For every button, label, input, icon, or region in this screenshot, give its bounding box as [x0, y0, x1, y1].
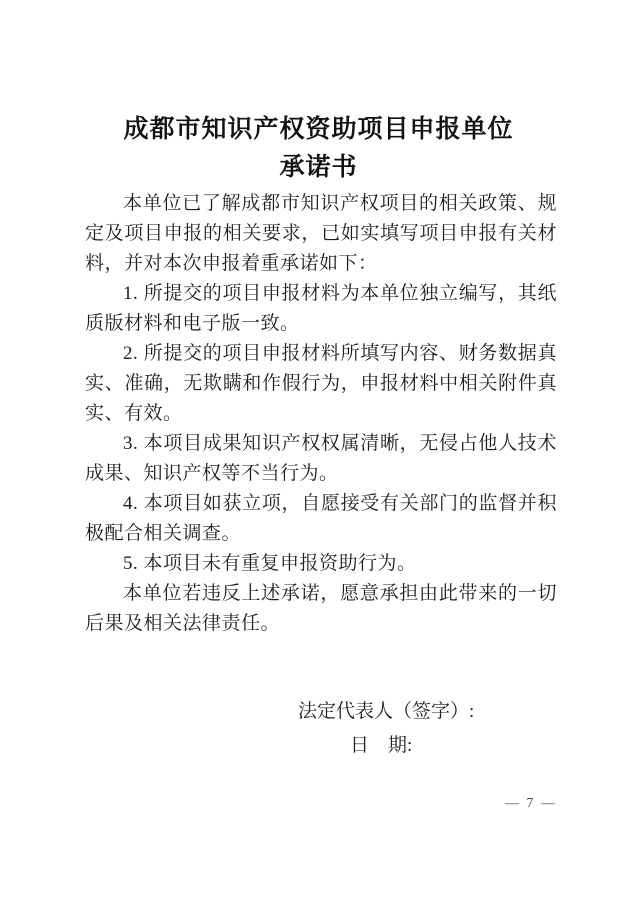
legal-representative-label: 法定代表人（签字）: [298, 701, 474, 723]
document-title: 成都市知识产权资助项目申报单位 承诺书 [0, 110, 637, 186]
document-body: 本单位已了解成都市知识产权项目的相关政策、规定及项目申报的相关要求，已如实填写项… [85, 189, 557, 639]
paragraph-item-1: 1. 所提交的项目申报材料为本单位独立编写，其纸质版材料和电子版一致。 [85, 279, 557, 339]
paragraph-item-2: 2. 所提交的项目申报材料所填写内容、财务数据真实、准确，无欺瞒和作假行为，申报… [85, 339, 557, 429]
paragraph-item-5: 5. 本项目未有重复申报资助行为。 [85, 549, 557, 579]
title-line-1: 成都市知识产权资助项目申报单位 [0, 110, 637, 148]
paragraph-closing: 本单位若违反上述承诺，愿意承担由此带来的一切后果及相关法律责任。 [85, 579, 557, 639]
date-label: 日 期: [350, 735, 474, 757]
page-number: — 7 — [505, 796, 557, 812]
title-line-2: 承诺书 [0, 148, 637, 186]
document-page: 成都市知识产权资助项目申报单位 承诺书 本单位已了解成都市知识产权项目的相关政策… [0, 0, 637, 900]
paragraph-item-3: 3. 本项目成果知识产权权属清晰，无侵占他人技术成果、知识产权等不当行为。 [85, 429, 557, 489]
paragraph-intro: 本单位已了解成都市知识产权项目的相关政策、规定及项目申报的相关要求，已如实填写项… [85, 189, 557, 279]
paragraph-item-4: 4. 本项目如获立项，自愿接受有关部门的监督并积极配合相关调查。 [85, 489, 557, 549]
signature-block: 法定代表人（签字）: 日 期: [298, 701, 474, 757]
